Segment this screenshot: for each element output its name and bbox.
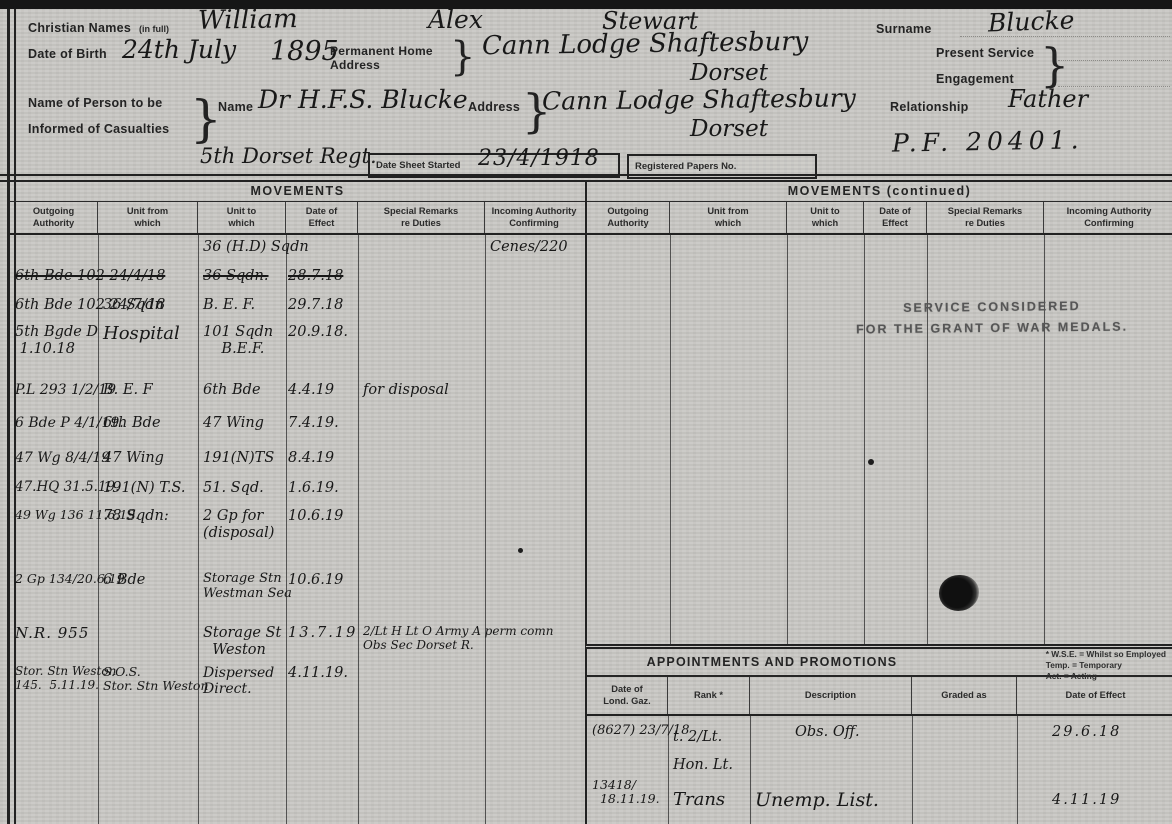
date-of-birth-label: Date of Birth — [28, 47, 107, 61]
cell-incoming — [485, 625, 583, 658]
regiment-value: 5th Dorset Regt. — [200, 144, 377, 168]
movements-continued-table: MOVEMENTS (continued) Outgoing Authority… — [585, 181, 1172, 644]
movements-table: MOVEMENTS Outgoing Authority Unit from w… — [10, 181, 585, 824]
appointments-col-rank: Rank * — [668, 677, 750, 714]
cell-date: 4.4.19 — [286, 382, 358, 399]
surname-ruled-line — [960, 36, 1170, 37]
cell-date: 29.7.18 — [286, 297, 358, 314]
cell-gazette: 13418/ 18.11.19. — [587, 778, 668, 812]
movements-continued-col-unit-from: Unit from which — [670, 202, 787, 233]
appointments-col-date-of-effect: Date of Effect — [1017, 677, 1172, 714]
cell-date: 4.11.19. — [286, 665, 358, 697]
movements-col-remarks: Special Remarks re Duties — [358, 202, 485, 233]
cell-unit-from: 78 Sqdn: — [98, 508, 198, 541]
cell-incoming — [485, 415, 583, 432]
cell-unit-to: 191(N)TS — [198, 450, 286, 467]
cell-date: 20.9.18. — [286, 324, 358, 357]
cell-incoming — [485, 297, 583, 314]
cell-outgoing: 5th Bgde D 1.10.18 — [10, 324, 98, 357]
cell-remarks — [358, 268, 485, 285]
casualty-address-line2: Dorset — [690, 116, 768, 142]
cell-remarks — [358, 297, 485, 314]
cell-incoming — [485, 572, 583, 602]
movements-continued-col-date: Date of Effect — [864, 202, 927, 233]
movements-col-outgoing: Outgoing Authority — [10, 202, 98, 233]
cell-unit-from: 47 Wing — [98, 450, 198, 467]
cell-graded — [912, 724, 1017, 779]
movements-continued-header-row: Outgoing Authority Unit from which Unit … — [587, 202, 1172, 235]
cell-outgoing: 47 Wg 8/4/19 — [10, 450, 98, 467]
home-address-value-line1: Cann Lodge Shaftesbury — [482, 28, 809, 62]
cell-remarks — [358, 415, 485, 432]
cell-unit-from: Hospital — [98, 324, 198, 357]
cell-gazette: (8627) 23/7/18 — [587, 724, 668, 779]
in-full-label: (in full) — [139, 24, 169, 34]
movements-header-row: Outgoing Authority Unit from which Unit … — [10, 202, 585, 235]
cell-outgoing: 47.HQ 31.5.19. — [10, 480, 98, 497]
movement-row: Stor. Stn Weston 145. 5.11.19. S.O.S. St… — [10, 665, 585, 697]
cell-unit-to: 36 Sqdn. — [198, 268, 286, 285]
cell-date: 8.4.19 — [286, 450, 358, 467]
cell-date — [286, 239, 358, 256]
movement-row: N.R. 955 Storage St Weston 13.7.19 2/Lt … — [10, 625, 585, 658]
cell-incoming — [485, 324, 583, 357]
scanned-service-record-page: { "colors": { "paper": "#c9c8c4", "ink":… — [0, 0, 1172, 824]
appointments-col-gazette: Date of Lond. Gaz. — [587, 677, 668, 714]
cell-graded — [912, 778, 1017, 812]
cell-remarks: for disposal — [358, 382, 485, 399]
date-sheet-started-value: 23/4/1918 — [478, 146, 600, 171]
cell-unit-to: 2 Gp for (disposal) — [198, 508, 286, 541]
cell-rank: Trans — [668, 778, 750, 812]
cell-description: Obs. Off. — [750, 724, 912, 779]
war-medals-stamp-line2: FOR THE GRANT OF WAR MEDALS. — [812, 316, 1172, 341]
cell-remarks: 2/Lt H Lt O Army A perm comn Obs Sec Dor… — [358, 625, 485, 658]
cell-date: 10.6.19 — [286, 508, 358, 541]
present-service-brace: } — [1040, 38, 1069, 92]
cell-unit-from: 191(N) T.S. — [98, 480, 198, 497]
movements-continued-title: MOVEMENTS (continued) — [587, 181, 1172, 202]
casualty-name-value: Dr H.F.S. Blucke — [258, 86, 468, 115]
appointments-header-row: Date of Lond. Gaz. Rank * Description Gr… — [587, 677, 1172, 716]
ink-speck — [868, 459, 874, 465]
cell-remarks — [358, 324, 485, 357]
cell-unit-to: 51. Sqd. — [198, 480, 286, 497]
movement-row: 5th Bgde D 1.10.18 Hospital 101 Sqdn B.E… — [10, 324, 585, 357]
cell-unit-to: Storage St Weston — [198, 625, 286, 658]
cell-incoming — [485, 382, 583, 399]
cell-outgoing — [10, 239, 98, 256]
movements-continued-vline-1 — [670, 235, 671, 645]
casualty-address-line1: Cann Lodge Shaftesbury — [542, 84, 856, 116]
cell-remarks — [358, 572, 485, 602]
engagement-label: Engagement — [936, 72, 1014, 86]
movement-row: 47 Wg 8/4/19 47 Wing 191(N)TS 8.4.19 — [10, 450, 585, 467]
movement-row: 6th Bde 102 24/7/18 36 Sqdn B. E. F. 29.… — [10, 297, 585, 314]
ink-speck — [518, 548, 523, 553]
movements-continued-col-remarks: Special Remarks re Duties — [927, 202, 1044, 233]
cell-unit-to: B. E. F. — [198, 297, 286, 314]
cell-unit-to: Storage Stn Westman Sea — [198, 572, 286, 602]
name-label: Name — [218, 100, 253, 114]
cell-unit-from — [98, 625, 198, 658]
casualties-brace: } — [190, 90, 222, 148]
cell-unit-to: 6th Bde — [198, 382, 286, 399]
cell-unit-to: 101 Sqdn B.E.F. — [198, 324, 286, 357]
movement-row: 2 Gp 134/20.6.19 6 Bde Storage Stn Westm… — [10, 572, 585, 602]
christian-name-1-value: William — [198, 5, 298, 37]
cell-remarks — [358, 450, 485, 467]
cell-incoming — [485, 450, 583, 467]
present-service-label: Present Service — [936, 46, 1034, 60]
cell-remarks — [358, 665, 485, 697]
war-medals-stamp: SERVICE CONSIDERED FOR THE GRANT OF WAR … — [812, 295, 1172, 341]
appointments-table: APPOINTMENTS AND PROMOTIONS * W.S.E. = W… — [585, 644, 1172, 824]
cell-incoming — [485, 508, 583, 541]
casualties-label: Name of Person to be Informed of Casualt… — [28, 97, 169, 136]
cell-remarks — [358, 480, 485, 497]
movements-col-date: Date of Effect — [286, 202, 358, 233]
christian-name-2-value: Alex — [428, 6, 483, 35]
movement-row: 49 Wg 136 11.6.19. 78 Sqdn: 2 Gp for (di… — [10, 508, 585, 541]
appointments-col-description: Description — [750, 677, 912, 714]
appointment-row: 13418/ 18.11.19. Trans Unemp. List. 4.11… — [587, 778, 1172, 812]
cell-date-of-effect: 29.6.18 — [1017, 724, 1172, 779]
appointments-col-graded: Graded as — [912, 677, 1017, 714]
cell-date-of-effect: 4.11.19 — [1017, 778, 1172, 812]
permanent-home-address-label: Permanent Home Address — [330, 44, 433, 73]
cell-outgoing: 6th Bde 102 24/4/18 — [10, 268, 98, 285]
movement-row: 36 (H.D) Sqdn Cenes/220 — [10, 239, 585, 256]
movement-row: 47.HQ 31.5.19. 191(N) T.S. 51. Sqd. 1.6.… — [10, 480, 585, 497]
movement-row: 6th Bde 102 24/4/18 36 Sqdn. 28.7.18 — [10, 268, 585, 285]
date-sheet-started-label: Date Sheet Started — [370, 160, 460, 171]
cell-rank: t. 2/Lt. Hon. Lt. — [668, 724, 750, 779]
cell-unit-to: 36 (H.D) Sqdn — [198, 239, 286, 256]
pf-number-value: P.F. 20401. — [892, 126, 1084, 158]
cell-outgoing: P.L 293 1/2/19 — [10, 382, 98, 399]
cell-incoming — [485, 480, 583, 497]
cell-unit-from: 6th Bde — [98, 415, 198, 432]
movements-continued-vline-3 — [864, 235, 865, 645]
movements-col-unit-from: Unit from which — [98, 202, 198, 233]
movements-col-incoming: Incoming Authority Confirming — [485, 202, 583, 233]
cell-date: 10.6.19 — [286, 572, 358, 602]
movements-continued-vline-2 — [787, 235, 788, 645]
cell-outgoing: N.R. 955 — [10, 625, 98, 658]
appointments-footnote: * W.S.E. = Whilst so Employed Temp. = Te… — [1046, 649, 1166, 682]
cell-outgoing: Stor. Stn Weston 145. 5.11.19. — [10, 665, 98, 697]
cell-incoming — [485, 268, 583, 285]
relationship-value: Father — [1008, 86, 1088, 114]
address-label: Address — [468, 100, 520, 114]
relationship-label: Relationship — [890, 100, 969, 114]
home-address-value-line2: Dorset — [690, 60, 768, 86]
home-address-brace: } — [450, 34, 475, 80]
cell-unit-from: 36 Sqdn — [98, 297, 198, 314]
present-service-ruled-line — [1058, 60, 1170, 61]
movements-continued-col-outgoing: Outgoing Authority — [587, 202, 670, 233]
surname-value: Blucke — [988, 7, 1075, 39]
ink-blot — [939, 575, 979, 611]
movements-continued-vline-4 — [927, 235, 928, 645]
appointments-body: (8627) 23/7/18 t. 2/Lt. Hon. Lt. Obs. Of… — [587, 716, 1172, 824]
cell-outgoing: 6th Bde 102 24/7/18 — [10, 297, 98, 314]
movements-continued-body: SERVICE CONSIDERED FOR THE GRANT OF WAR … — [587, 235, 1172, 645]
cell-unit-from: 6 Bde — [98, 572, 198, 602]
cell-unit-from: B. E. F — [98, 382, 198, 399]
cell-incoming — [485, 665, 583, 697]
cell-outgoing: 49 Wg 136 11.6.19. — [10, 508, 98, 541]
movements-body: 36 (H.D) Sqdn Cenes/220 6th Bde 102 24/4… — [10, 235, 585, 824]
cell-remarks — [358, 239, 485, 256]
cell-date: 1.6.19. — [286, 480, 358, 497]
cell-date: 28.7.18 — [286, 268, 358, 285]
cell-unit-from — [98, 268, 198, 285]
cell-description: Unemp. List. — [750, 778, 912, 812]
cell-unit-from: S.O.S. Stor. Stn Weston — [98, 665, 198, 697]
cell-unit-from — [98, 239, 198, 256]
surname-label: Surname — [876, 22, 932, 36]
date-of-birth-year: 1895 — [270, 36, 339, 67]
movement-row: P.L 293 1/2/19 B. E. F 6th Bde 4.4.19 fo… — [10, 382, 585, 399]
cell-date: 13.7.19 — [286, 625, 358, 658]
movements-title: MOVEMENTS — [10, 181, 585, 202]
appointments-title: APPOINTMENTS AND PROMOTIONS — [587, 655, 957, 669]
movement-row: 6 Bde P 4/1/19. 6th Bde 47 Wing 7.4.19. — [10, 415, 585, 432]
cell-outgoing: 2 Gp 134/20.6.19 — [10, 572, 98, 602]
cell-unit-to: 47 Wing — [198, 415, 286, 432]
movements-continued-col-unit-to: Unit to which — [787, 202, 864, 233]
appointment-row: (8627) 23/7/18 t. 2/Lt. Hon. Lt. Obs. Of… — [587, 724, 1172, 779]
cell-remarks — [358, 508, 485, 541]
cell-incoming: Cenes/220 — [485, 239, 583, 256]
movements-continued-col-incoming: Incoming Authority Confirming — [1044, 202, 1172, 233]
cell-outgoing: 6 Bde P 4/1/19. — [10, 415, 98, 432]
christian-names-label: Christian Names — [28, 21, 131, 35]
date-of-birth-value: 24th July — [122, 36, 236, 65]
registered-papers-label: Registered Papers No. — [629, 161, 736, 172]
cell-date: 7.4.19. — [286, 415, 358, 432]
movements-col-unit-to: Unit to which — [198, 202, 286, 233]
cell-unit-to: Dispersed Direct. — [198, 665, 286, 697]
